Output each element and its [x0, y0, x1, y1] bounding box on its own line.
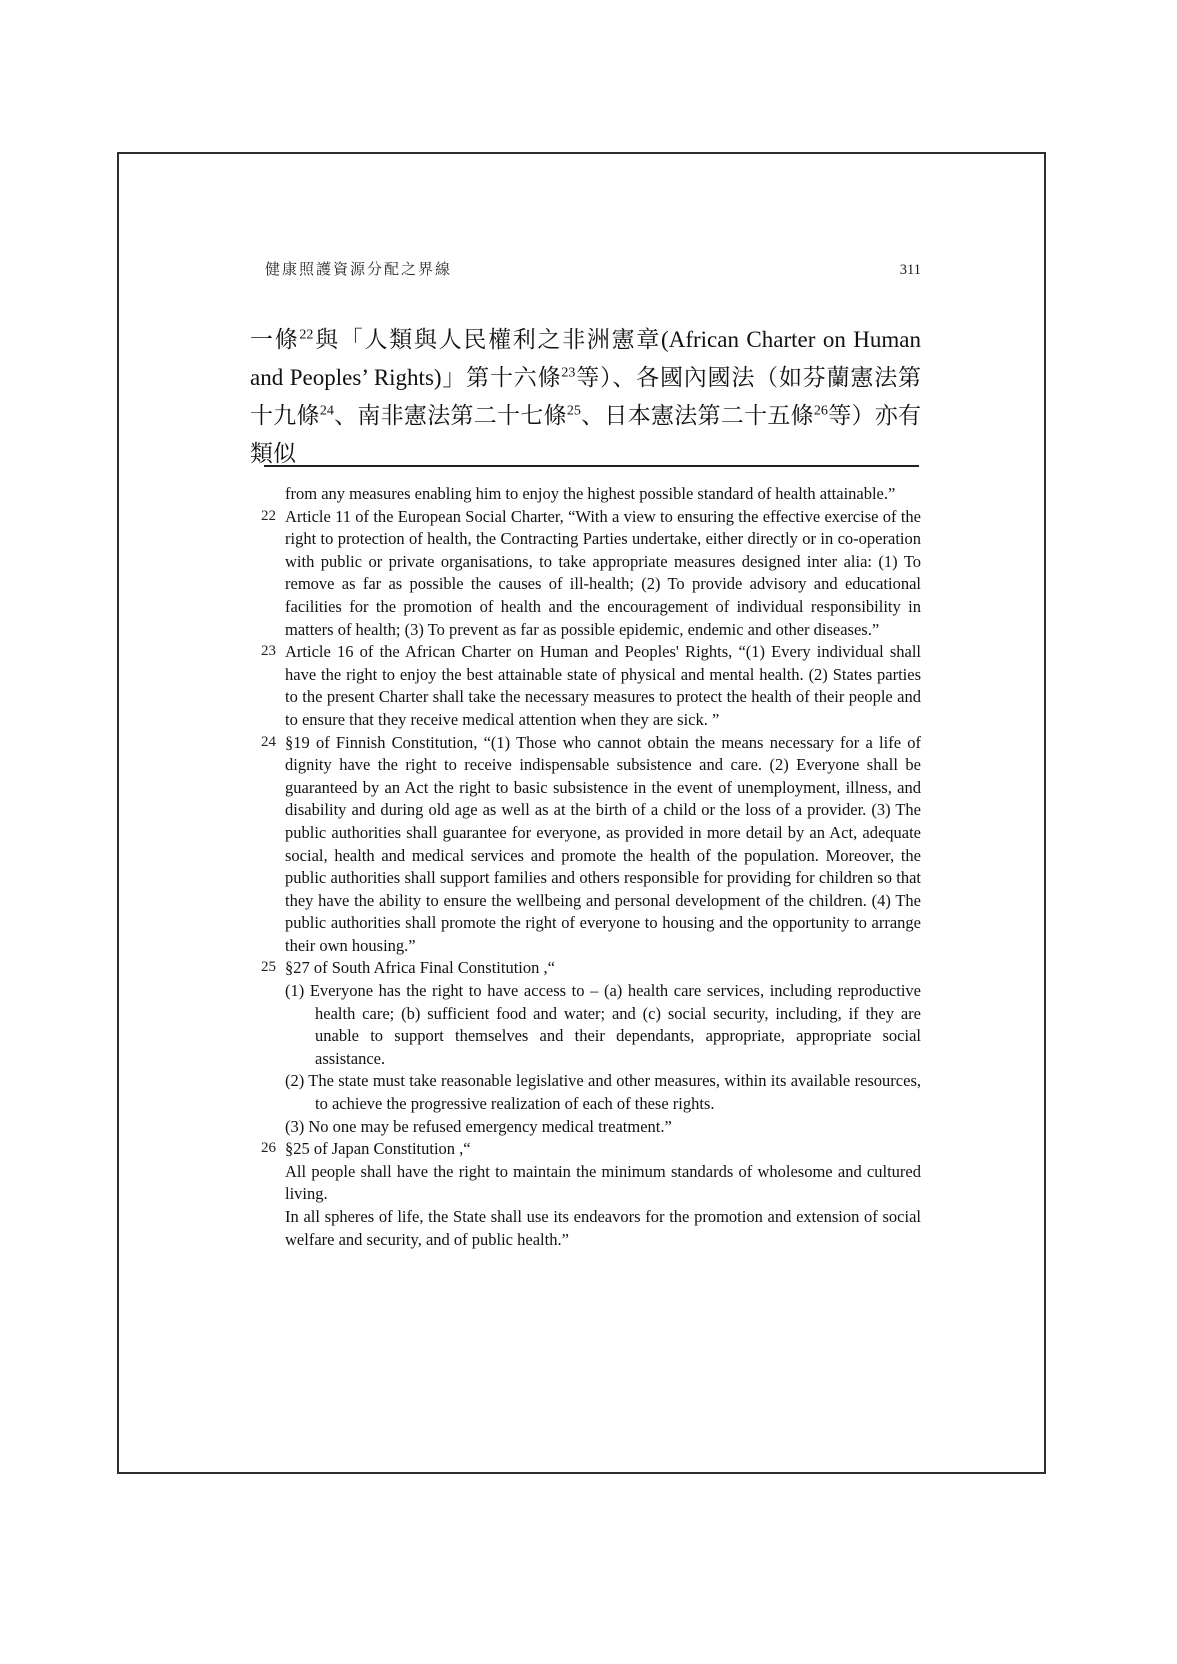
footnote-reference: 23: [561, 365, 575, 380]
footnote-number: 26: [261, 1137, 285, 1160]
footnote-paragraph: Article 11 of the European Social Charte…: [285, 506, 921, 642]
running-header: 健康照護資源分配之界線 311: [265, 258, 921, 279]
footnote-reference: 26: [814, 403, 828, 418]
footnote-reference: 24: [320, 403, 334, 418]
footnote: 22Article 11 of the European Social Char…: [261, 506, 921, 642]
footnote-body: §27 of South Africa Final Constitution ,…: [285, 957, 921, 1138]
footnote-body: Article 11 of the European Social Charte…: [285, 506, 921, 642]
footnotes-section: from any measures enabling him to enjoy …: [261, 483, 921, 1251]
footnote-paragraph: from any measures enabling him to enjoy …: [285, 483, 921, 506]
page-frame: 健康照護資源分配之界線 311 一條22與「人類與人民權利之非洲憲章(Afric…: [117, 152, 1046, 1474]
footnote-body: §25 of Japan Constitution ,“All people s…: [285, 1138, 921, 1251]
footnote-body: from any measures enabling him to enjoy …: [285, 483, 921, 506]
footnote-paragraph: (1) Everyone has the right to have acces…: [285, 980, 921, 1070]
footnote-paragraph: §25 of Japan Constitution ,“: [285, 1138, 921, 1161]
main-text-segment: 、南非憲法第二十七條: [334, 403, 567, 428]
footnote-reference: 22: [299, 327, 313, 342]
footnote-separator-rule: [264, 465, 919, 467]
footnote: from any measures enabling him to enjoy …: [261, 483, 921, 506]
footnote-number: 22: [261, 505, 285, 528]
page-number: 311: [900, 262, 921, 279]
footnote-reference: 25: [567, 403, 581, 418]
footnote: 25§27 of South Africa Final Constitution…: [261, 957, 921, 1138]
footnote: 23Article 16 of the African Charter on H…: [261, 641, 921, 731]
document-page: { "page": { "header": { "title": "健康照護資源…: [0, 0, 1177, 1664]
footnote-paragraph: (2) The state must take reasonable legis…: [285, 1070, 921, 1115]
footnote-paragraph: §19 of Finnish Constitution, “(1) Those …: [285, 732, 921, 958]
footnote-body: Article 16 of the African Charter on Hum…: [285, 641, 921, 731]
main-text-segment: 、日本憲法第二十五條: [581, 403, 814, 428]
main-text-segment: 一條: [250, 327, 299, 352]
footnote-paragraph: (3) No one may be refused emergency medi…: [285, 1116, 921, 1139]
footnote-paragraph: §27 of South Africa Final Constitution ,…: [285, 957, 921, 980]
footnote-body: §19 of Finnish Constitution, “(1) Those …: [285, 732, 921, 958]
main-paragraph: 一條22與「人類與人民權利之非洲憲章(African Charter on Hu…: [250, 321, 921, 473]
footnote-number: 25: [261, 956, 285, 979]
footnote: 24§19 of Finnish Constitution, “(1) Thos…: [261, 732, 921, 958]
footnote-number: 24: [261, 731, 285, 754]
footnote-paragraph: In all spheres of life, the State shall …: [285, 1206, 921, 1251]
footnote-paragraph: All people shall have the right to maint…: [285, 1161, 921, 1206]
footnote-paragraph: Article 16 of the African Charter on Hum…: [285, 641, 921, 731]
footnote-number: 23: [261, 640, 285, 663]
footnote: 26§25 of Japan Constitution ,“All people…: [261, 1138, 921, 1251]
running-header-title: 健康照護資源分配之界線: [265, 258, 452, 279]
